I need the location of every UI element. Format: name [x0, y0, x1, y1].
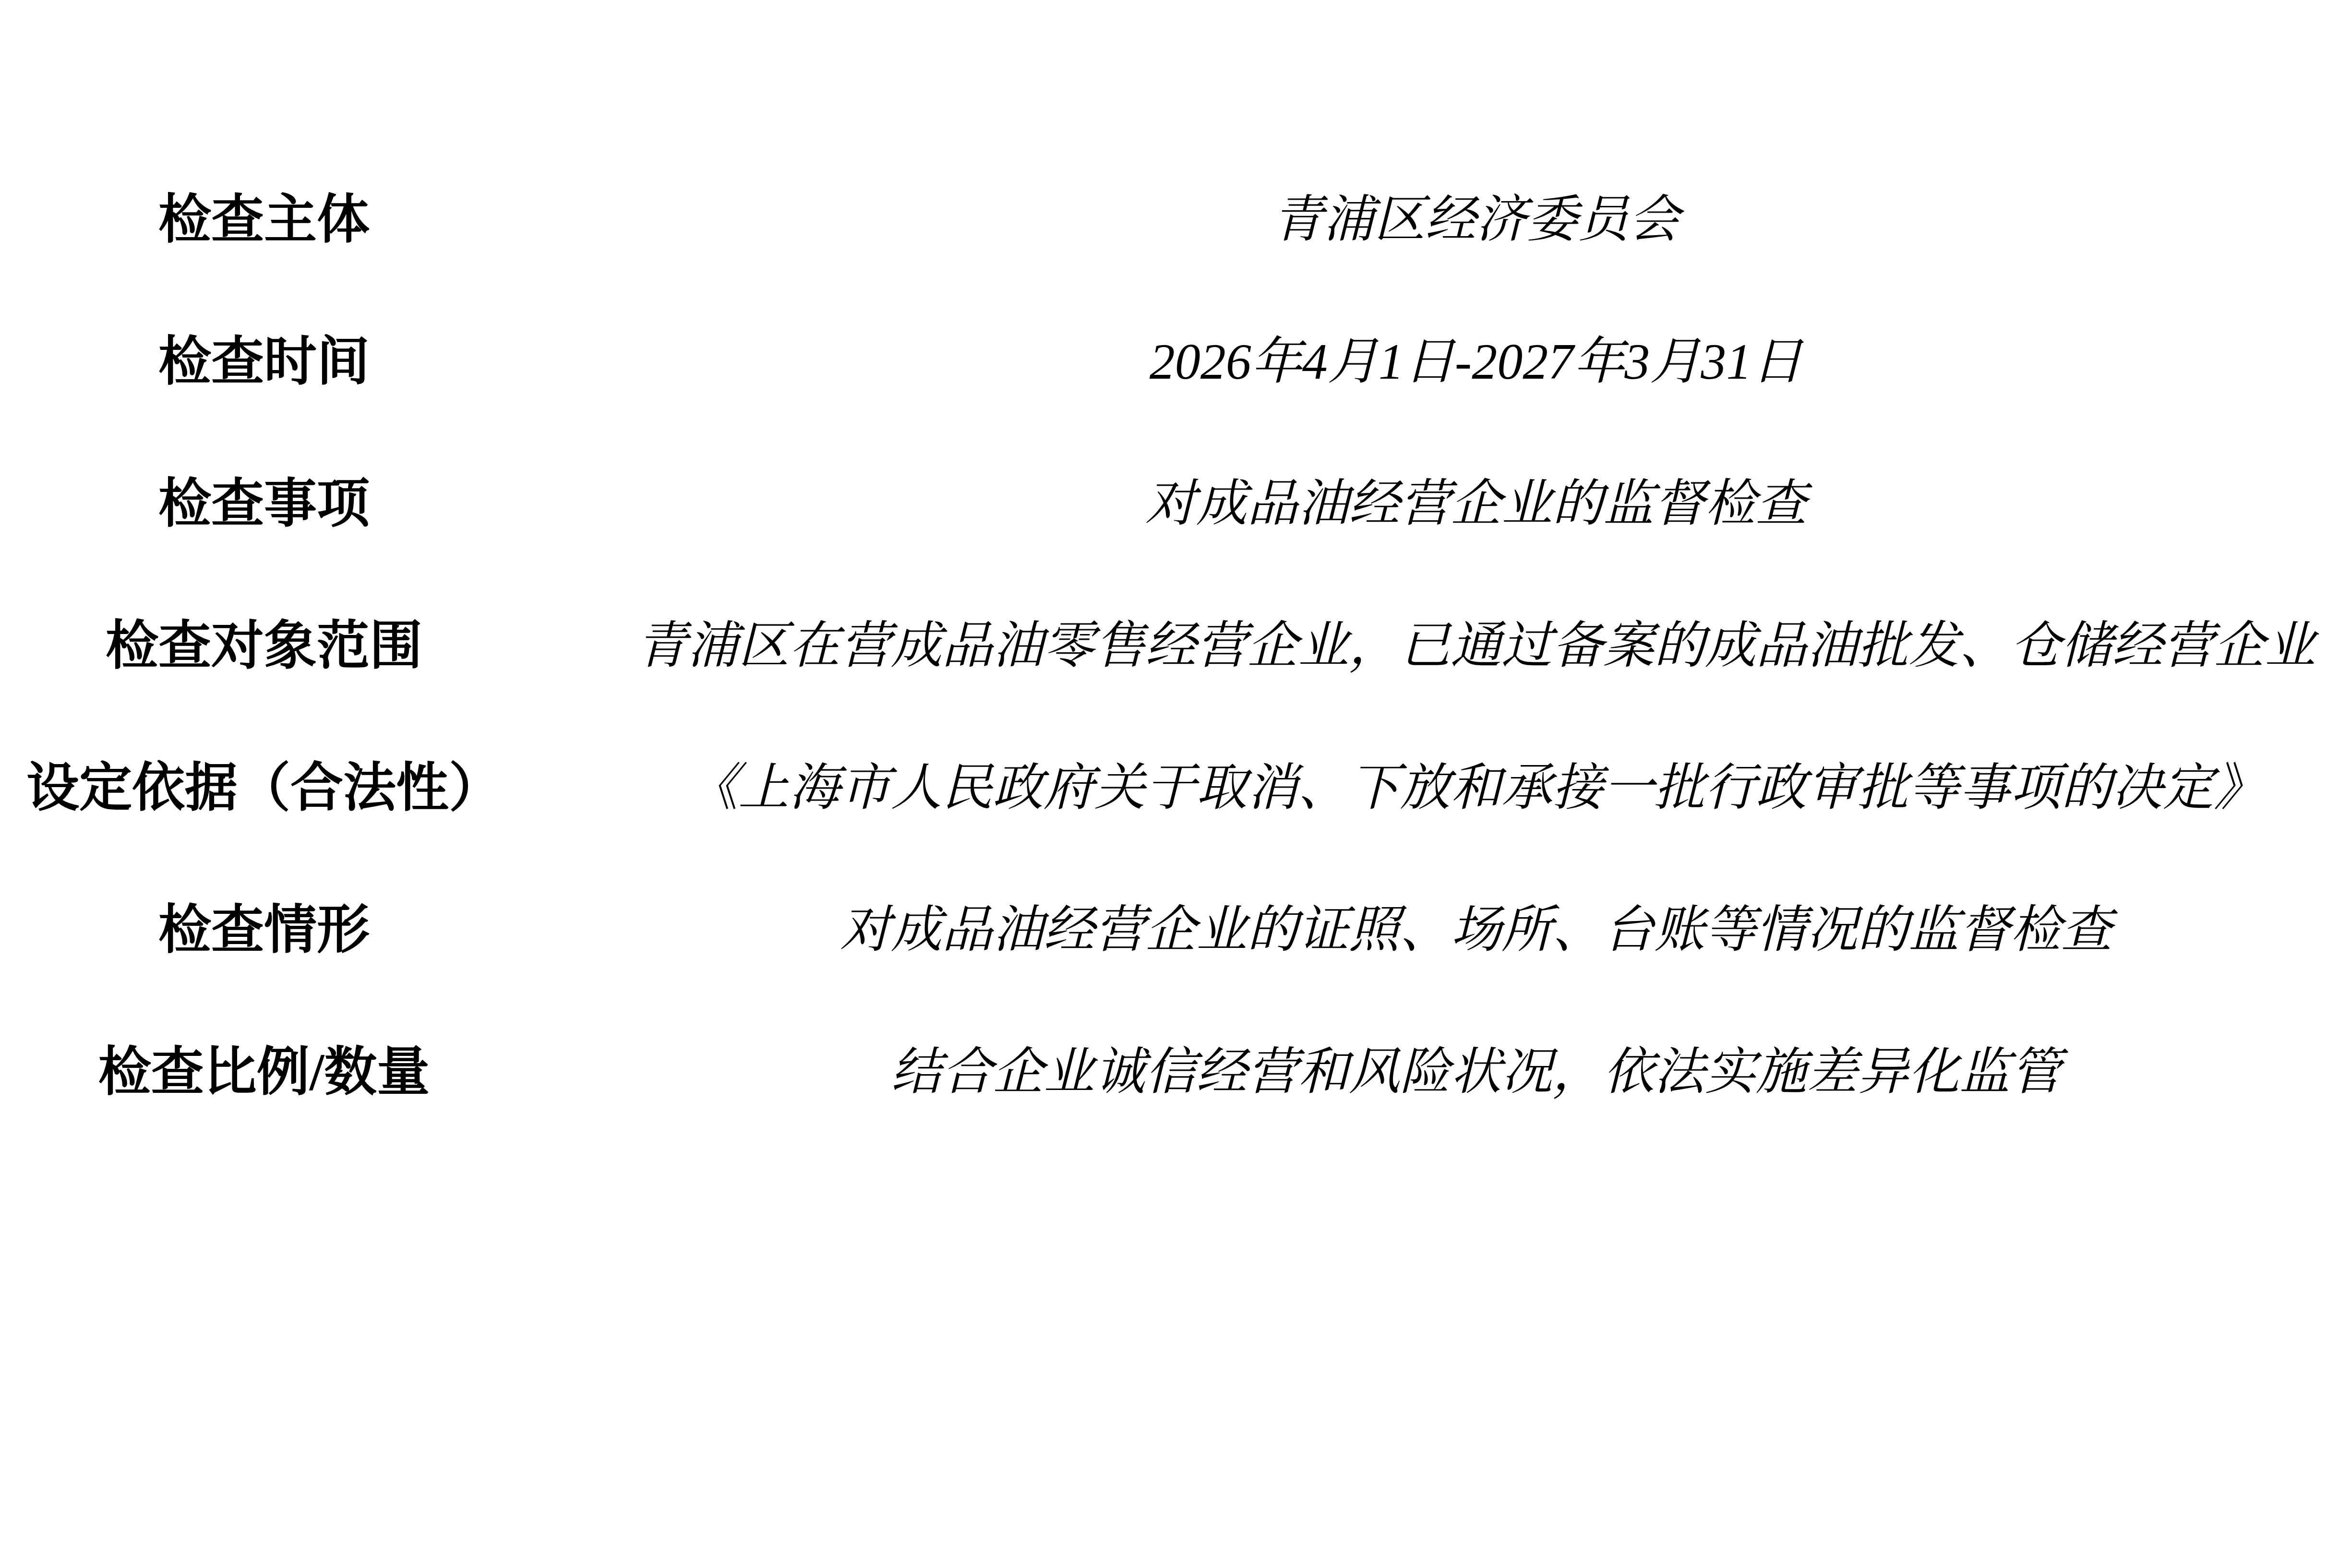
- table-row: 设定依据（合法性）《上海市人民政府关于取消、下放和承接一批行政审批等事项的决定》: [0, 717, 2352, 859]
- table-row: 检查事项对成品油经营企业的监督检查: [0, 433, 2352, 575]
- inspection-info-table: 检查主体青浦区经济委员会检查时间2026年4月1日-2027年3月31日检查事项…: [0, 149, 2352, 1143]
- row-label: 检查主体: [0, 193, 528, 246]
- row-value: 青浦区经济委员会: [528, 194, 2352, 245]
- row-label: 检查情形: [0, 904, 528, 957]
- row-label: 检查比例/数量: [0, 1046, 528, 1099]
- row-value: 对成品油经营企业的证照、场所、台账等情况的监督检查: [528, 905, 2352, 956]
- table-row: 检查比例/数量结合企业诚信经营和风险状况，依法实施差异化监管: [0, 1001, 2352, 1143]
- row-value: 《上海市人民政府关于取消、下放和承接一批行政审批等事项的决定》: [528, 763, 2352, 814]
- table-row: 检查时间2026年4月1日-2027年3月31日: [0, 291, 2352, 433]
- document-page: 检查主体青浦区经济委员会检查时间2026年4月1日-2027年3月31日检查事项…: [0, 0, 2352, 1568]
- row-value: 结合企业诚信经营和风险状况，依法实施差异化监管: [528, 1047, 2352, 1098]
- row-label: 检查事项: [0, 478, 528, 530]
- row-label: 检查对象范围: [0, 620, 528, 672]
- row-label: 检查时间: [0, 335, 528, 388]
- row-label: 设定依据（合法性）: [0, 762, 528, 814]
- table-row: 检查主体青浦区经济委员会: [0, 149, 2352, 291]
- table-row: 检查情形对成品油经营企业的证照、场所、台账等情况的监督检查: [0, 859, 2352, 1001]
- table-row: 检查对象范围青浦区在营成品油零售经营企业，已通过备案的成品油批发、仓储经营企业: [0, 575, 2352, 717]
- row-value: 2026年4月1日-2027年3月31日: [528, 336, 2352, 387]
- row-value: 青浦区在营成品油零售经营企业，已通过备案的成品油批发、仓储经营企业: [528, 621, 2352, 671]
- row-value: 对成品油经营企业的监督检查: [528, 479, 2352, 529]
